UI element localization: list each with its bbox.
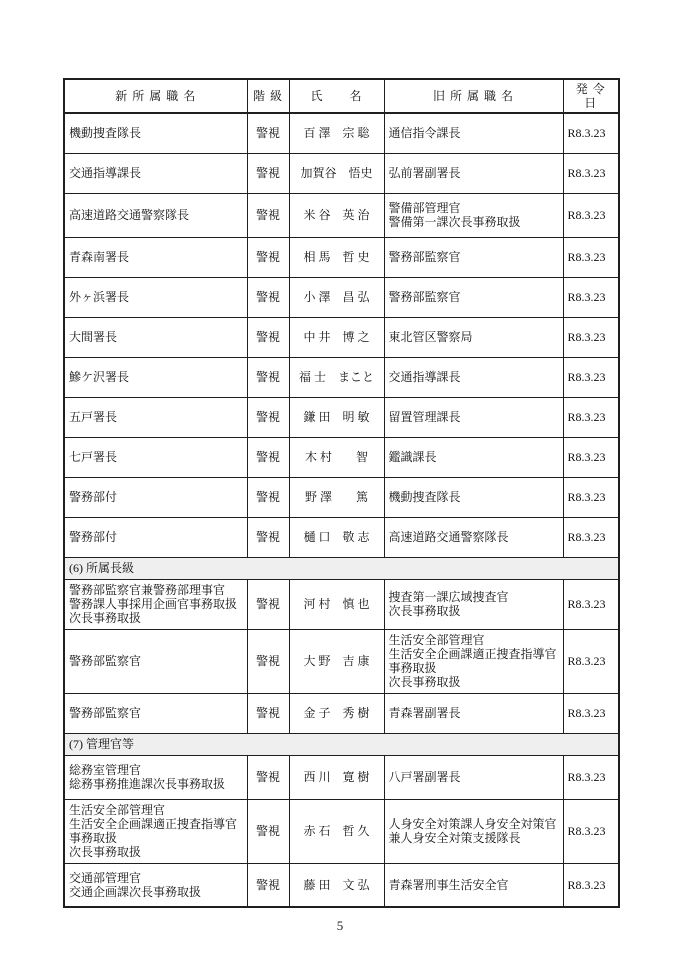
name-cell: 西 川 寛 樹 — [289, 755, 384, 799]
new-position-cell: 鰺ケ沢署長 — [64, 357, 247, 397]
date-cell: R8.3.23 — [563, 477, 619, 517]
rank-cell: 警視 — [247, 153, 289, 193]
date-cell: R8.3.23 — [563, 629, 619, 693]
rank-cell: 警視 — [247, 317, 289, 357]
name-cell: 百 澤 宗 聡 — [289, 113, 384, 153]
name-cell: 小 澤 昌 弘 — [289, 277, 384, 317]
rank-cell: 警視 — [247, 799, 289, 863]
table-row: 機動捜査隊長 警視 百 澤 宗 聡 通信指令課長 R8.3.23 — [64, 113, 619, 153]
name-cell: 野 澤 篤 — [289, 477, 384, 517]
date-cell: R8.3.23 — [563, 397, 619, 437]
date-cell: R8.3.23 — [563, 437, 619, 477]
name-cell: 米 谷 英 治 — [289, 193, 384, 237]
new-position-cell: 警務部監察官 — [64, 693, 247, 733]
name-cell: 樋 口 敬 志 — [289, 517, 384, 557]
rank-cell: 警視 — [247, 277, 289, 317]
name-cell: 赤 石 哲 久 — [289, 799, 384, 863]
old-position-cell: 機動捜査隊長 — [384, 477, 563, 517]
old-position-cell: 留置管理課長 — [384, 397, 563, 437]
name-cell: 鎌 田 明 敏 — [289, 397, 384, 437]
new-position-cell: 交通指導課長 — [64, 153, 247, 193]
date-cell: R8.3.23 — [563, 755, 619, 799]
date-cell: R8.3.23 — [563, 693, 619, 733]
table-row: 高速道路交通警察隊長 警視 米 谷 英 治 警備部管理官 警備第一課次長事務取扱… — [64, 193, 619, 237]
header-name: 氏 名 — [289, 79, 384, 113]
old-position-cell: 警務部監察官 — [384, 277, 563, 317]
date-cell: R8.3.23 — [563, 799, 619, 863]
table-row: 大間署長 警視 中 井 博 之 東北管区警察局 R8.3.23 — [64, 317, 619, 357]
section-header-row: (7) 管理官等 — [64, 733, 619, 755]
name-cell: 相 馬 哲 史 — [289, 237, 384, 277]
new-position-cell: 警務部付 — [64, 477, 247, 517]
old-position-cell: 高速道路交通警察隊長 — [384, 517, 563, 557]
table-row: 鰺ケ沢署長 警視 福 士 まこと 交通指導課長 R8.3.23 — [64, 357, 619, 397]
section-header-cell: (7) 管理官等 — [64, 733, 619, 755]
old-position-cell: 警備部管理官 警備第一課次長事務取扱 — [384, 193, 563, 237]
date-cell: R8.3.23 — [563, 863, 619, 907]
date-cell: R8.3.23 — [563, 193, 619, 237]
new-position-cell: 警務部監察官兼警務部理事官 警務課人事採用企画官事務取扱 次長事務取扱 — [64, 579, 247, 629]
table-row: 七戸署長 警視 木 村 智 鑑識課長 R8.3.23 — [64, 437, 619, 477]
old-position-cell: 青森署刑事生活安全官 — [384, 863, 563, 907]
rank-cell: 警視 — [247, 693, 289, 733]
table-row: 警務部監察官 警視 大 野 吉 康 生活安全部管理官 生活安全企画課適正捜査指導… — [64, 629, 619, 693]
new-position-cell: 機動捜査隊長 — [64, 113, 247, 153]
rank-cell: 警視 — [247, 755, 289, 799]
new-position-cell: 青森南署長 — [64, 237, 247, 277]
name-cell: 福 士 まこと — [289, 357, 384, 397]
rank-cell: 警視 — [247, 477, 289, 517]
date-cell: R8.3.23 — [563, 277, 619, 317]
header-old-position: 旧 所 属 職 名 — [384, 79, 563, 113]
name-cell: 大 野 吉 康 — [289, 629, 384, 693]
old-position-cell: 警務部監察官 — [384, 237, 563, 277]
personnel-transfer-table: 新 所 属 職 名 階 級 氏 名 旧 所 属 職 名 発 令 日 機動捜査隊長… — [63, 78, 620, 908]
table-row: 交通指導課長 警視 加賀谷 悟史 弘前署副署長 R8.3.23 — [64, 153, 619, 193]
new-position-cell: 総務室管理官 総務事務推進課次長事務取扱 — [64, 755, 247, 799]
old-position-cell: 交通指導課長 — [384, 357, 563, 397]
new-position-cell: 交通部管理官 交通企画課次長事務取扱 — [64, 863, 247, 907]
header-rank: 階 級 — [247, 79, 289, 113]
page-number: 5 — [0, 918, 680, 934]
table-row: 青森南署長 警視 相 馬 哲 史 警務部監察官 R8.3.23 — [64, 237, 619, 277]
name-cell: 木 村 智 — [289, 437, 384, 477]
rank-cell: 警視 — [247, 863, 289, 907]
old-position-cell: 青森署副署長 — [384, 693, 563, 733]
new-position-cell: 生活安全部管理官 生活安全企画課適正捜査指導官 事務取扱 次長事務取扱 — [64, 799, 247, 863]
date-cell: R8.3.23 — [563, 579, 619, 629]
table-row: 総務室管理官 総務事務推進課次長事務取扱 警視 西 川 寛 樹 八戸署副署長 R… — [64, 755, 619, 799]
header-date: 発 令 日 — [563, 79, 619, 113]
new-position-cell: 五戸署長 — [64, 397, 247, 437]
rank-cell: 警視 — [247, 579, 289, 629]
old-position-cell: 鑑識課長 — [384, 437, 563, 477]
table-row: 警務部付 警視 樋 口 敬 志 高速道路交通警察隊長 R8.3.23 — [64, 517, 619, 557]
date-cell: R8.3.23 — [563, 517, 619, 557]
new-position-cell: 外ヶ浜署長 — [64, 277, 247, 317]
rank-cell: 警視 — [247, 517, 289, 557]
new-position-cell: 七戸署長 — [64, 437, 247, 477]
date-cell: R8.3.23 — [563, 237, 619, 277]
table-row: 警務部監察官 警視 金 子 秀 樹 青森署副署長 R8.3.23 — [64, 693, 619, 733]
table-row: 外ヶ浜署長 警視 小 澤 昌 弘 警務部監察官 R8.3.23 — [64, 277, 619, 317]
table-row: 五戸署長 警視 鎌 田 明 敏 留置管理課長 R8.3.23 — [64, 397, 619, 437]
old-position-cell: 捜査第一課広域捜査官 次長事務取扱 — [384, 579, 563, 629]
table-body: 機動捜査隊長 警視 百 澤 宗 聡 通信指令課長 R8.3.23 交通指導課長 … — [64, 113, 619, 907]
header-row: 新 所 属 職 名 階 級 氏 名 旧 所 属 職 名 発 令 日 — [64, 79, 619, 113]
document-page: 新 所 属 職 名 階 級 氏 名 旧 所 属 職 名 発 令 日 機動捜査隊長… — [0, 0, 680, 961]
date-cell: R8.3.23 — [563, 113, 619, 153]
date-cell: R8.3.23 — [563, 317, 619, 357]
rank-cell: 警視 — [247, 629, 289, 693]
table-row: 交通部管理官 交通企画課次長事務取扱 警視 藤 田 文 弘 青森署刑事生活安全官… — [64, 863, 619, 907]
rank-cell: 警視 — [247, 113, 289, 153]
table-header: 新 所 属 職 名 階 級 氏 名 旧 所 属 職 名 発 令 日 — [64, 79, 619, 113]
date-cell: R8.3.23 — [563, 153, 619, 193]
old-position-cell: 弘前署副署長 — [384, 153, 563, 193]
rank-cell: 警視 — [247, 437, 289, 477]
date-cell: R8.3.23 — [563, 357, 619, 397]
name-cell: 藤 田 文 弘 — [289, 863, 384, 907]
rank-cell: 警視 — [247, 193, 289, 237]
new-position-cell: 高速道路交通警察隊長 — [64, 193, 247, 237]
name-cell: 河 村 慎 也 — [289, 579, 384, 629]
rank-cell: 警視 — [247, 357, 289, 397]
old-position-cell: 東北管区警察局 — [384, 317, 563, 357]
new-position-cell: 警務部付 — [64, 517, 247, 557]
header-new-position: 新 所 属 職 名 — [64, 79, 247, 113]
name-cell: 金 子 秀 樹 — [289, 693, 384, 733]
old-position-cell: 生活安全部管理官 生活安全企画課適正捜査指導官 事務取扱 次長事務取扱 — [384, 629, 563, 693]
section-header-row: (6) 所属長級 — [64, 557, 619, 579]
old-position-cell: 人身安全対策課人身安全対策官 兼人身安全対策支援隊長 — [384, 799, 563, 863]
new-position-cell: 大間署長 — [64, 317, 247, 357]
rank-cell: 警視 — [247, 237, 289, 277]
name-cell: 加賀谷 悟史 — [289, 153, 384, 193]
table-row: 警務部付 警視 野 澤 篤 機動捜査隊長 R8.3.23 — [64, 477, 619, 517]
new-position-cell: 警務部監察官 — [64, 629, 247, 693]
old-position-cell: 通信指令課長 — [384, 113, 563, 153]
rank-cell: 警視 — [247, 397, 289, 437]
old-position-cell: 八戸署副署長 — [384, 755, 563, 799]
table-row: 生活安全部管理官 生活安全企画課適正捜査指導官 事務取扱 次長事務取扱 警視 赤… — [64, 799, 619, 863]
name-cell: 中 井 博 之 — [289, 317, 384, 357]
table-row: 警務部監察官兼警務部理事官 警務課人事採用企画官事務取扱 次長事務取扱 警視 河… — [64, 579, 619, 629]
section-header-cell: (6) 所属長級 — [64, 557, 619, 579]
